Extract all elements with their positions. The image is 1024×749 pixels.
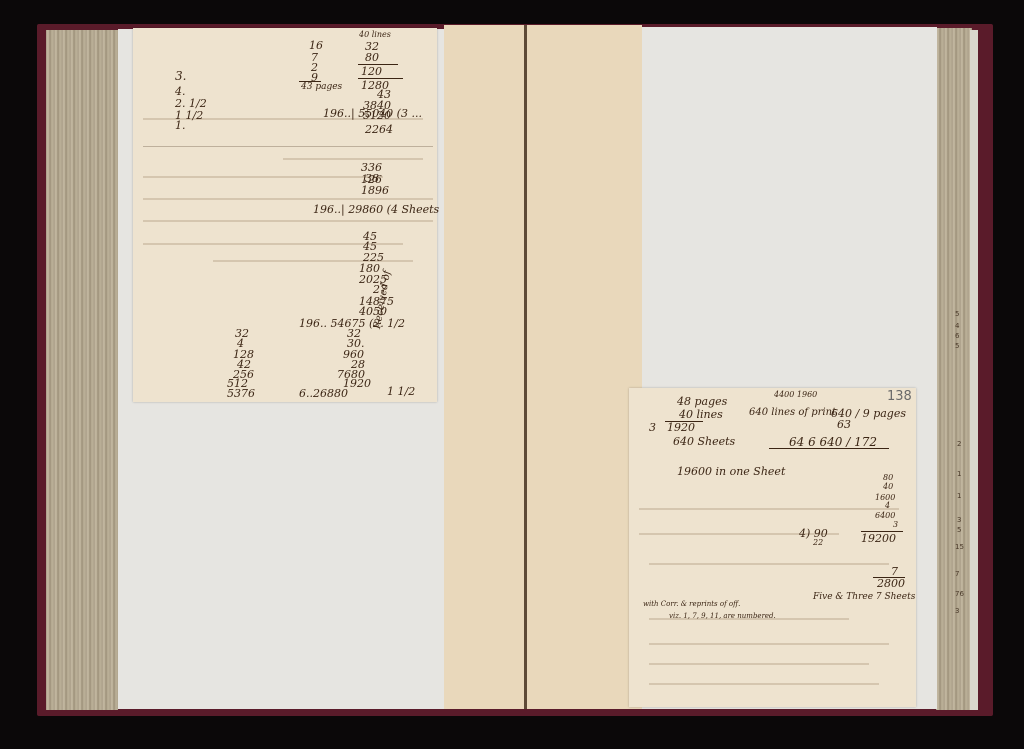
text: 2. 1/2	[175, 98, 207, 109]
text: 1.	[175, 120, 186, 131]
edge-number: 5	[957, 526, 961, 534]
text: 1 1/2	[387, 386, 415, 397]
text: 4.	[175, 86, 186, 97]
edge-number: 76	[955, 590, 964, 598]
footnote: viz. 1, 7, 9, 11, are numbered.	[669, 613, 776, 620]
edge-number: 15	[955, 543, 964, 551]
text: 16	[309, 40, 323, 51]
text: 40 lines	[359, 31, 391, 39]
footnote: with Corr. & reprints of off.	[643, 601, 740, 608]
edge-number: 5	[955, 310, 959, 318]
page-block-left	[46, 30, 118, 710]
text: 3	[893, 521, 898, 529]
manuscript-sheet-right: 4400 1960 48 pages 40 lines 3 1920 640 S…	[629, 388, 916, 707]
edge-number: 7	[955, 570, 959, 578]
text: 6..26880	[299, 388, 348, 399]
text: 336	[361, 162, 382, 173]
text: 2264	[365, 124, 393, 135]
text: Five & Three 7 Sheets	[813, 593, 915, 602]
text: 4	[885, 502, 890, 510]
text: 6400	[875, 512, 895, 520]
edge-number: 1	[957, 470, 961, 478]
text: 40	[883, 483, 893, 491]
text: 80	[883, 474, 893, 482]
edge-number: 5	[955, 342, 959, 350]
text: 3	[649, 422, 656, 433]
edge-number: 3	[955, 607, 959, 615]
text: 48 pages	[677, 396, 727, 407]
text: 40 lines	[679, 409, 723, 420]
gutter-page-left	[444, 25, 524, 709]
text: 640 lines of print	[749, 408, 836, 418]
edge-number: 3	[957, 516, 961, 524]
text: 19600 in one Sheet	[677, 466, 785, 477]
edge-number: 4	[955, 322, 959, 330]
text: 63	[837, 419, 851, 430]
spine-gutter	[524, 25, 527, 709]
text: 7	[891, 566, 898, 577]
text: 80	[365, 52, 379, 63]
text: 640 Sheets	[673, 436, 735, 447]
text: 43 pages	[301, 83, 342, 92]
folio-number: 138	[887, 389, 912, 404]
text: 3.	[175, 70, 186, 82]
division-calc: 196..| 55040 (3 ...	[323, 108, 422, 119]
text: 22	[813, 539, 823, 547]
edge-number: 2	[957, 440, 961, 448]
edge-number: 6	[955, 332, 959, 340]
text: 5376	[227, 388, 255, 399]
page-block-right	[936, 28, 972, 710]
text: 2800	[877, 578, 905, 589]
text: 4400 1960	[774, 391, 817, 399]
text: 19200	[861, 533, 896, 544]
text: 120	[361, 66, 382, 77]
division-calc: 196..| 29860 (4 Sheets	[313, 204, 439, 215]
manuscript-sheet-left: 40 lines 32 80 120 1280 43 3840 5120 3. …	[133, 28, 437, 402]
text: 1920	[667, 422, 695, 433]
edge-number: 1	[957, 492, 961, 500]
endpaper-strip	[970, 30, 978, 710]
text: 1896	[361, 185, 389, 196]
text: 64 6 640 / 172	[789, 436, 877, 448]
gutter-page-right	[527, 25, 642, 709]
